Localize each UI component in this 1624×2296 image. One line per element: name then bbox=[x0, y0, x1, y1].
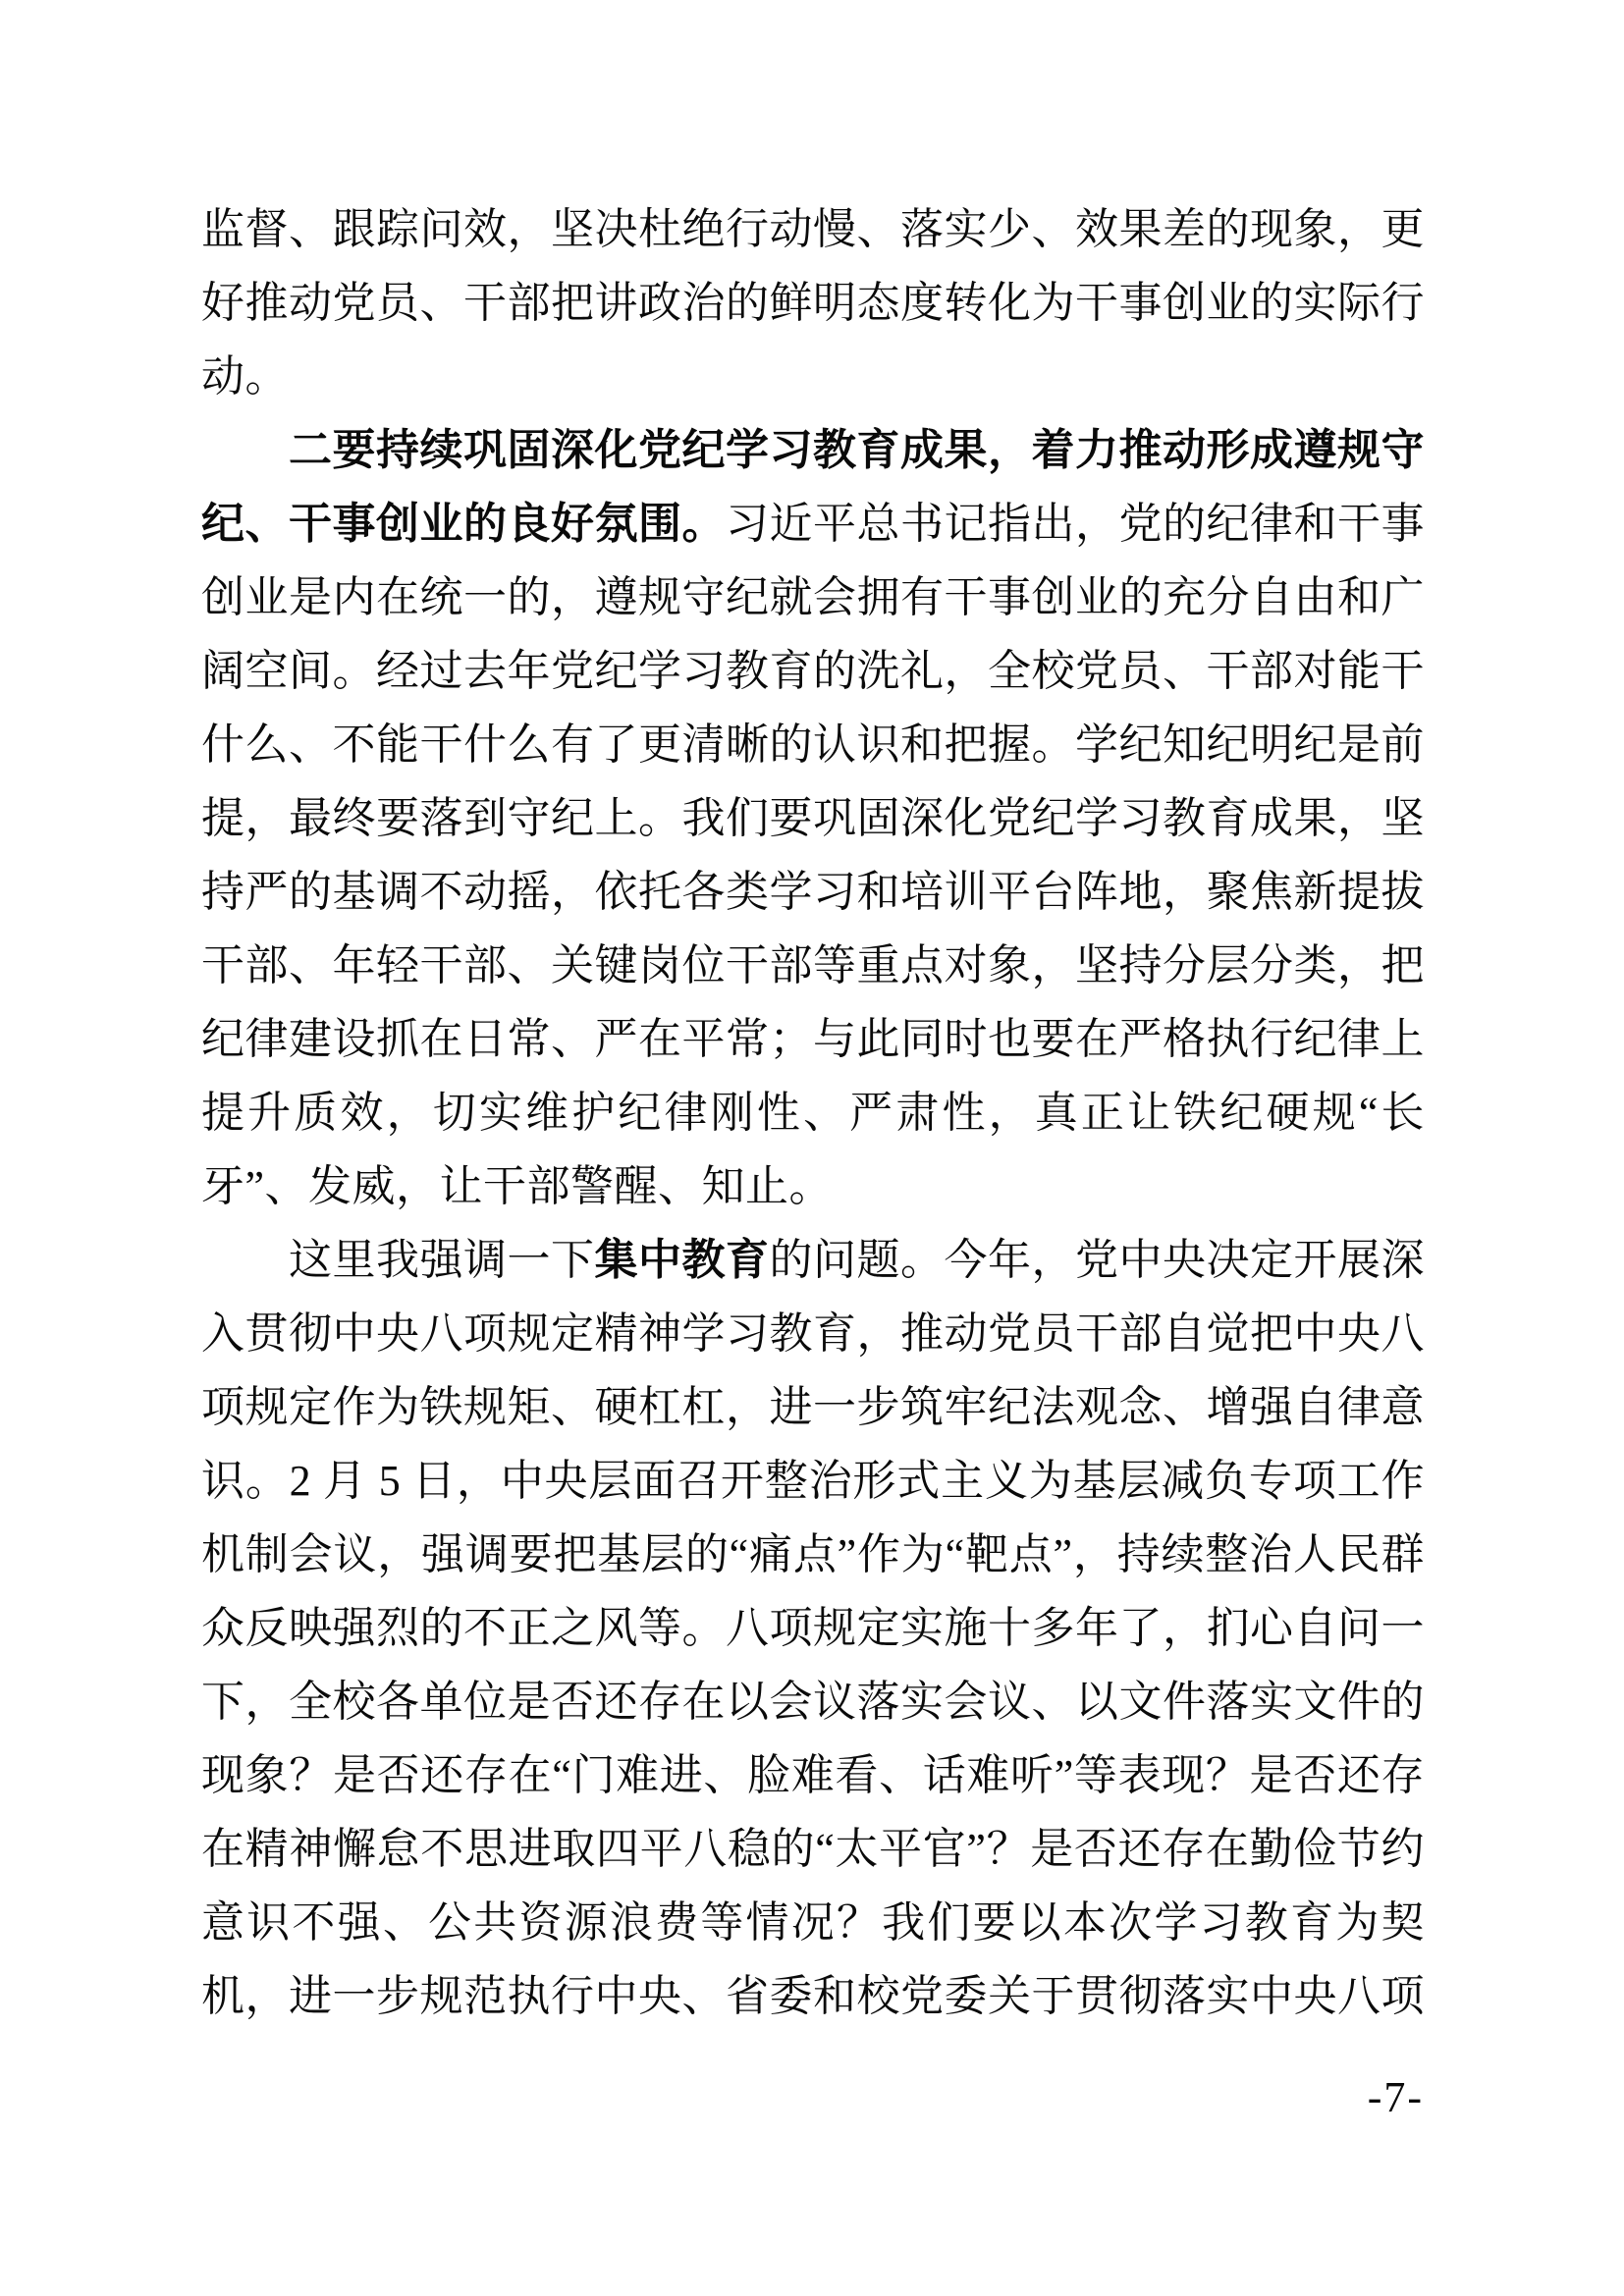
paragraph: 监督、跟踪问效，坚决杜绝行动慢、落实少、效果差的现象，更好推动党员、干部把讲政治… bbox=[201, 192, 1425, 413]
document-body: 监督、跟踪问效，坚决杜绝行动慢、落实少、效果差的现象，更好推动党员、干部把讲政治… bbox=[201, 192, 1425, 2033]
document-page: 监督、跟踪问效，坚决杜绝行动慢、落实少、效果差的现象，更好推动党员、干部把讲政治… bbox=[0, 0, 1624, 2296]
text-run: 这里我强调一下 bbox=[289, 1236, 595, 1284]
page-number: -7- bbox=[1368, 2073, 1424, 2122]
emphasis-text-run: 集中教育 bbox=[595, 1236, 770, 1284]
text-run: 监督、跟踪问效，坚决杜绝行动慢、落实少、效果差的现象，更好推动党员、干部把讲政治… bbox=[201, 205, 1425, 400]
paragraph: 二要持续巩固深化党纪学习教育成果，着力推动形成遵规守纪、干事创业的良好氛围。习近… bbox=[201, 413, 1425, 1223]
paragraph: 这里我强调一下集中教育的问题。今年，党中央决定开展深入贯彻中央八项规定精神学习教… bbox=[201, 1223, 1425, 2033]
text-run: 的问题。今年，党中央决定开展深入贯彻中央八项规定精神学习教育，推动党员干部自觉把… bbox=[201, 1236, 1425, 2020]
text-run: 习近平总书记指出，党的纪律和干事创业是内在统一的，遵规守纪就会拥有干事创业的充分… bbox=[201, 500, 1425, 1210]
